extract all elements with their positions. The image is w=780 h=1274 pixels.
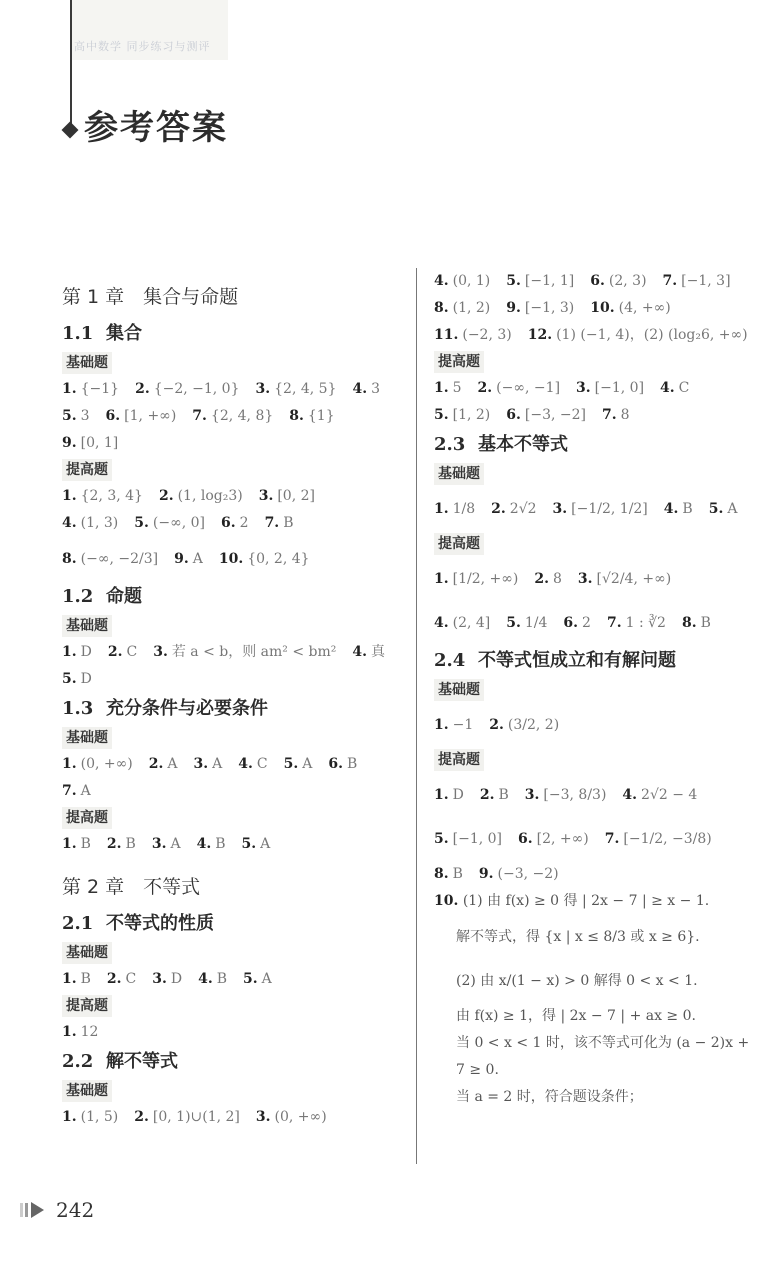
answer-item: 6.[−3, −2] [506, 407, 586, 423]
answer-value: (−∞, 0] [153, 515, 205, 531]
answer-value: (1, log₂3) [178, 488, 243, 504]
answer-value: B [215, 836, 225, 852]
answer-group: 1.{−1}2.{−2, −1, 0}3.{2, 4, 5}4.35.36.[1… [62, 376, 407, 457]
answer-line: 4.(1, 3)5.(−∞, 0]6.27.B [62, 510, 407, 537]
section-number: 2.1 [62, 908, 106, 940]
question-number: 4. [198, 971, 213, 987]
answer-item: 9.A [174, 551, 203, 567]
answer-value: (3/2, 2) [508, 717, 559, 733]
section-number: 1.3 [62, 693, 106, 725]
question-number: 1. [62, 971, 77, 987]
answer-value: 5 [453, 380, 462, 396]
answer-value: B [453, 866, 463, 882]
answer-line: 1.[1/2, +∞)2.83.[√2/4, +∞) [434, 557, 780, 601]
answer-group: 1.(1, 5)2.[0, 1)∪(1, 2]3.(0, +∞) [62, 1104, 407, 1131]
answer-item: 7.8 [602, 407, 630, 423]
question-number: 9. [174, 551, 189, 567]
section-name: 不等式的性质 [106, 913, 214, 934]
answer-item: 2.8 [534, 571, 562, 587]
answer-group: 1.B2.B3.A4.B5.A [62, 831, 407, 858]
answer-line: 1.(0, +∞)2.A3.A4.C5.A6.B [62, 751, 407, 778]
question-number: 2. [135, 381, 150, 397]
answer-item: 10.{0, 2, 4} [219, 551, 310, 567]
answer-value: A [262, 971, 272, 987]
answer-value: −1 [453, 717, 474, 733]
answer-value: [0, 2] [277, 488, 315, 504]
answer-value: [−1, 1] [525, 273, 574, 289]
answer-item: 1.[1/2, +∞) [434, 571, 518, 587]
answer-item: 3.A [194, 756, 223, 772]
answer-value: 1/8 [453, 501, 476, 517]
answer-item: 5.D [62, 671, 92, 687]
answer-line: 4.(2, 4]5.1/46.27.1 : ∛28.B [434, 601, 780, 645]
question-number: 1. [62, 488, 77, 504]
question-number: 2. [107, 836, 122, 852]
answer-value: B [682, 501, 692, 517]
answer-group: 1.(0, +∞)2.A3.A4.C5.A6.B7.A [62, 751, 407, 805]
answer-group: 1.12 [62, 1019, 407, 1046]
answer-item: 2.B [480, 787, 509, 803]
answer-item: 3.[0, 2] [259, 488, 315, 504]
answer-value: (−∞, −1] [496, 380, 560, 396]
question-number: 4. [664, 501, 679, 517]
question-number: 3. [578, 571, 593, 587]
answer-item: 4.(0, 1) [434, 273, 490, 289]
answer-item: 8.(−∞, −2/3] [62, 551, 158, 567]
answer-item: 1.D [62, 644, 92, 660]
answer-item: 10.(4, +∞) [590, 300, 670, 316]
question-number: 9. [479, 866, 494, 882]
answer-value: C [257, 756, 268, 772]
section-name: 不等式恒成立和有解问题 [478, 650, 676, 671]
question-number: 7. [663, 273, 678, 289]
answer-value: [0, 1] [81, 435, 119, 451]
answer-line: 8.B9.(−3, −2) [434, 861, 780, 888]
answer-value: (−∞, −2/3] [81, 551, 158, 567]
answer-value: [√2/4, +∞) [597, 571, 672, 587]
question-number: 8. [682, 615, 697, 631]
answer-value: 8 [553, 571, 562, 587]
section-number: 1.1 [62, 318, 106, 350]
answer-item: 1.B [62, 836, 91, 852]
answer-value: 1 : ∛2 [626, 615, 666, 631]
answer-line: 5.36.[1, +∞)7.{2, 4, 8}8.{1} [62, 403, 407, 430]
section-number: 2.4 [434, 645, 478, 677]
answer-group: 1.1/82.2√23.[−1/2, 1/2]4.B5.A [434, 487, 780, 531]
answer-item: 5.A [242, 836, 271, 852]
solution-line: 由 f(x) ≥ 1，得 | 2x − 7 | + ax ≥ 0. [434, 1003, 780, 1030]
question-number: 8. [62, 551, 77, 567]
answer-line: 1.−12.(3/2, 2) [434, 703, 780, 747]
answer-item: 5.A [243, 971, 272, 987]
advanced-label: 提高题 [62, 459, 112, 481]
question-number: 2. [107, 971, 122, 987]
question-number: 5. [62, 408, 77, 424]
answer-value: (−3, −2) [498, 866, 559, 882]
answer-item: 5.A [284, 756, 313, 772]
question-number: 6. [563, 615, 578, 631]
answer-value: B [283, 515, 293, 531]
answer-group: 1.52.(−∞, −1]3.[−1, 0]4.C5.[1, 2)6.[−3, … [434, 375, 780, 429]
answer-value: 2√2 − 4 [641, 787, 697, 803]
answer-item: 2.(3/2, 2) [489, 717, 559, 733]
answer-value: (1, 5) [81, 1109, 119, 1125]
answer-value: 1/4 [525, 615, 548, 631]
advanced-label: 提高题 [62, 807, 112, 829]
answer-group: 1.D2.C3.若 a < b，则 am² < bm²4.真5.D [62, 639, 407, 693]
question-number: 6. [518, 831, 533, 847]
answer-value: {2, 3, 4} [81, 488, 143, 504]
question-number: 3. [152, 836, 167, 852]
question-number: 4. [434, 273, 449, 289]
question-number: 7. [265, 515, 280, 531]
question-number: 3. [194, 756, 209, 772]
answer-value: [−1, 0] [453, 831, 502, 847]
answer-value: 2 [582, 615, 591, 631]
question-number: 1. [62, 381, 77, 397]
question-number: 5. [242, 836, 257, 852]
answer-item: 9.[0, 1] [62, 435, 118, 451]
question-number: 5. [434, 831, 449, 847]
question-number: 8. [434, 866, 449, 882]
answer-line: 7.A [62, 778, 407, 805]
left-column: 第 1 章 集合与命题 1.1集合 基础题 1.{−1}2.{−2, −1, 0… [62, 282, 407, 1131]
answer-value: 8 [621, 407, 630, 423]
answer-value: B [701, 615, 711, 631]
answer-value: (0, +∞) [81, 756, 133, 772]
answer-value: A [727, 501, 737, 517]
answer-value: [0, 1)∪(1, 2] [153, 1109, 240, 1125]
question-number: 7. [607, 615, 622, 631]
answer-value: B [217, 971, 227, 987]
question-number: 10. [590, 300, 614, 316]
solution-line: 当 0 < x < 1 时，该不等式可化为 (a − 2)x + [434, 1030, 780, 1057]
page-number: 242 [56, 1198, 94, 1222]
question-number: 2. [134, 1109, 149, 1125]
question-number: 7. [602, 407, 617, 423]
answer-item: 2.2√2 [491, 501, 536, 517]
answer-line: 1.D2.B3.[−3, 8/3)4.2√2 − 4 [434, 773, 780, 817]
answer-value: (0, 1) [453, 273, 491, 289]
answer-value: [1, +∞) [124, 408, 176, 424]
answer-item: 1.1/8 [434, 501, 475, 517]
answer-line: 8.(−∞, −2/3]9.A10.{0, 2, 4} [62, 537, 407, 581]
answer-value: A [167, 756, 177, 772]
question-number: 4. [622, 787, 637, 803]
answer-line: 1.1/82.2√23.[−1/2, 1/2]4.B5.A [434, 487, 780, 531]
chapter-2-title: 第 2 章 不等式 [62, 872, 407, 902]
question-number: 1. [434, 501, 449, 517]
question-number: 7. [62, 783, 77, 799]
question-number: 5. [506, 273, 521, 289]
question-number: 2. [489, 717, 504, 733]
question-number: 6. [328, 756, 343, 772]
solution-line: 10. (1) 由 f(x) ≥ 0 得 | 2x − 7 | ≥ x − 1. [434, 888, 780, 915]
answer-value: {2, 4, 5} [274, 381, 336, 397]
answer-item: 7.[−1, 3] [663, 273, 731, 289]
question-number: 5. [134, 515, 149, 531]
answer-item: 3.[−3, 8/3) [525, 787, 607, 803]
answer-line: 1.(1, 5)2.[0, 1)∪(1, 2]3.(0, +∞) [62, 1104, 407, 1131]
question-number: 3. [152, 971, 167, 987]
answer-item: 8.(1, 2) [434, 300, 490, 316]
question-number: 8. [434, 300, 449, 316]
answer-value: [1/2, +∞) [453, 571, 519, 587]
answer-value: [1, 2) [453, 407, 491, 423]
question-number: 7. [605, 831, 620, 847]
answer-line: 1.12 [62, 1019, 407, 1046]
answer-item: 3.(0, +∞) [256, 1109, 327, 1125]
answer-item: 5.[−1, 0] [434, 831, 502, 847]
page-footer: 242 [20, 1198, 94, 1222]
question-number: 1. [62, 836, 77, 852]
question-number: 3. [256, 381, 271, 397]
answer-item: 2.[0, 1)∪(1, 2] [134, 1109, 240, 1125]
question-number: 1. [62, 644, 77, 660]
question-number: 4. [352, 644, 367, 660]
answer-item: 5.A [709, 501, 738, 517]
answer-value: C [126, 644, 137, 660]
question-number: 3. [576, 380, 591, 396]
question-number: 6. [590, 273, 605, 289]
section-number: 2.2 [62, 1046, 106, 1078]
answer-value: A [193, 551, 203, 567]
question-number: 1. [434, 717, 449, 733]
question-number: 1. [434, 380, 449, 396]
answer-value: A [302, 756, 312, 772]
answer-item: 6.[2, +∞) [518, 831, 589, 847]
solution-line: 解不等式，得 {x | x ≤ 8/3 或 x ≥ 6}. [434, 915, 780, 959]
answer-line: 8.(1, 2)9.[−1, 3)10.(4, +∞) [434, 295, 780, 322]
solution-line: 当 a = 2 时，符合题设条件； [434, 1084, 780, 1111]
answer-line: 11.(−2, 3)12.(1) (−1, 4)，(2) (log₂6, +∞) [434, 322, 780, 349]
question-number: 6. [106, 408, 121, 424]
answer-value: {1} [308, 408, 335, 424]
section-1-3-title: 1.3充分条件与必要条件 [62, 693, 407, 725]
section-number: 2.3 [434, 429, 478, 461]
basic-label: 基础题 [62, 942, 112, 964]
answer-value: [−3, 8/3) [543, 787, 606, 803]
answer-item: 6.(2, 3) [590, 273, 646, 289]
answer-value: 2√2 [510, 501, 537, 517]
section-2-4-title: 2.4不等式恒成立和有解问题 [434, 645, 780, 677]
answer-value: C [679, 380, 690, 396]
answer-value: D [81, 644, 92, 660]
answer-group: 1.B2.C3.D4.B5.A [62, 966, 407, 993]
answer-item: 4.真 [352, 644, 385, 660]
answer-group: 1.−12.(3/2, 2) [434, 703, 780, 747]
question-number: 6. [506, 407, 521, 423]
answer-value: A [81, 783, 91, 799]
answer-value: (2, 3) [609, 273, 647, 289]
question-number: 2. [478, 380, 493, 396]
answer-item: 1.5 [434, 380, 462, 396]
answer-item: 7.A [62, 783, 91, 799]
answer-item: 5.[−1, 1] [506, 273, 574, 289]
answer-group: 4.(0, 1)5.[−1, 1]6.(2, 3)7.[−1, 3]8.(1, … [434, 268, 780, 349]
question-number: 9. [506, 300, 521, 316]
answer-item: 2.B [107, 836, 136, 852]
question-number: 3. [259, 488, 274, 504]
question-number: 5. [62, 671, 77, 687]
question-number: 11. [434, 327, 458, 343]
answer-item: 3.{2, 4, 5} [256, 381, 337, 397]
answer-item: 6.B [328, 756, 357, 772]
answer-item: 3.[−1, 0] [576, 380, 644, 396]
answer-value: [−1, 0] [595, 380, 644, 396]
answer-item: 2.C [107, 971, 136, 987]
question-number: 2. [534, 571, 549, 587]
answer-value: [−1, 3] [681, 273, 730, 289]
answer-value: [−1/2, 1/2] [571, 501, 648, 517]
question-number: 1. [62, 756, 77, 772]
question-number: 5. [243, 971, 258, 987]
question-number: 9. [62, 435, 77, 451]
answer-item: 4.B [664, 501, 693, 517]
answer-value: D [171, 971, 182, 987]
question-number: 4. [197, 836, 212, 852]
answer-value: C [126, 971, 137, 987]
section-name: 解不等式 [106, 1051, 178, 1072]
advanced-label: 提高题 [434, 749, 484, 771]
answer-value: (1) (−1, 4)，(2) (log₂6, +∞) [556, 327, 748, 343]
answer-item: 8.{1} [289, 408, 334, 424]
section-name: 基本不等式 [478, 434, 568, 455]
question-number: 7. [192, 408, 207, 424]
question-number: 12. [528, 327, 552, 343]
answer-item: 5.(−∞, 0] [134, 515, 205, 531]
answer-item: 2.C [108, 644, 137, 660]
section-1-1-title: 1.1集合 [62, 318, 407, 350]
answer-value: A [170, 836, 180, 852]
question-number: 2. [480, 787, 495, 803]
header-band-text: 高中数学 同步练习与测评 [74, 38, 211, 54]
answer-value: (1, 3) [81, 515, 119, 531]
question-number: 4. [352, 381, 367, 397]
solution-line: 7 ≥ 0. [434, 1057, 780, 1084]
answer-item: 2.{−2, −1, 0} [135, 381, 239, 397]
question-number: 10. [219, 551, 243, 567]
answer-item: 1.D [434, 787, 464, 803]
answer-item: 1.−1 [434, 717, 473, 733]
answer-value: B [126, 836, 136, 852]
answer-item: 3.A [152, 836, 181, 852]
question-number: 3. [256, 1109, 271, 1125]
answer-value: 3 [371, 381, 380, 397]
answer-item: 1.(0, +∞) [62, 756, 133, 772]
question-number: 2. [108, 644, 123, 660]
answer-value: 真 [371, 644, 385, 660]
answer-line: 1.{−1}2.{−2, −1, 0}3.{2, 4, 5}4.3 [62, 376, 407, 403]
answer-line: 4.(0, 1)5.[−1, 1]6.(2, 3)7.[−1, 3] [434, 268, 780, 295]
answer-item: 5.[1, 2) [434, 407, 490, 423]
section-2-3-title: 2.3基本不等式 [434, 429, 780, 461]
question-number: 5. [709, 501, 724, 517]
answer-value: B [81, 836, 91, 852]
answer-line: 5.[−1, 0]6.[2, +∞)7.[−1/2, −3/8) [434, 817, 780, 861]
solution-line: (2) 由 x/(1 − x) > 0 解得 0 < x < 1. [434, 959, 780, 1003]
question-number: 4. [660, 380, 675, 396]
answer-group: 1.D2.B3.[−3, 8/3)4.2√2 − 45.[−1, 0]6.[2,… [434, 773, 780, 888]
answer-value: D [453, 787, 464, 803]
section-name: 命题 [106, 586, 142, 607]
answer-item: 7.B [265, 515, 294, 531]
answer-item: 1.B [62, 971, 91, 987]
answer-item: 4.(2, 4] [434, 615, 490, 631]
answer-value: {2, 4, 8} [211, 408, 273, 424]
answer-line: 1.B2.B3.A4.B5.A [62, 831, 407, 858]
question-number: 6. [221, 515, 236, 531]
basic-label: 基础题 [62, 1080, 112, 1102]
answer-value: 3 [81, 408, 90, 424]
section-name: 集合 [106, 323, 142, 344]
question-number: 4. [434, 615, 449, 631]
answer-line: 1.52.(−∞, −1]3.[−1, 0]4.C [434, 375, 780, 402]
answer-item: 1.{2, 3, 4} [62, 488, 143, 504]
question-number: 5. [506, 615, 521, 631]
basic-label: 基础题 [62, 615, 112, 637]
question-number: 4. [62, 515, 77, 531]
question-number: 1. [62, 1024, 77, 1040]
advanced-label: 提高题 [434, 351, 484, 373]
section-2-2-title: 2.2解不等式 [62, 1046, 407, 1078]
answer-value: (1, 2) [453, 300, 491, 316]
answer-value: (4, +∞) [619, 300, 671, 316]
advanced-label: 提高题 [62, 995, 112, 1017]
question-number: 3. [153, 644, 168, 660]
chapter-1-title: 第 1 章 集合与命题 [62, 282, 407, 312]
answer-item: 9.[−1, 3) [506, 300, 574, 316]
answer-item: 1.{−1} [62, 381, 119, 397]
answer-value: {−1} [81, 381, 119, 397]
basic-label: 基础题 [434, 463, 484, 485]
answer-item: 2.A [149, 756, 178, 772]
question-number: 3. [525, 787, 540, 803]
answer-item: 3.[√2/4, +∞) [578, 571, 671, 587]
answer-value: [−1, 3) [525, 300, 574, 316]
section-number: 1.2 [62, 581, 106, 613]
answer-value: B [498, 787, 508, 803]
answer-value: (2, 4] [453, 615, 491, 631]
answer-value: [2, +∞) [537, 831, 589, 847]
answer-item: 6.[1, +∞) [106, 408, 177, 424]
question-number: 5. [434, 407, 449, 423]
page-title: 参考答案 [84, 100, 228, 149]
answer-item: 12.(1) (−1, 4)，(2) (log₂6, +∞) [528, 327, 748, 343]
question-number: 2. [149, 756, 164, 772]
question-number: 4. [238, 756, 253, 772]
advanced-label: 提高题 [434, 533, 484, 555]
triangle-icon [31, 1202, 44, 1218]
right-column: 4.(0, 1)5.[−1, 1]6.(2, 3)7.[−1, 3]8.(1, … [434, 268, 780, 1111]
page-arrow-icon [20, 1203, 28, 1217]
answer-value: A [260, 836, 270, 852]
solution-q10: 10. (1) 由 f(x) ≥ 0 得 | 2x − 7 | ≥ x − 1.… [434, 888, 780, 1111]
answer-line: 1.B2.C3.D4.B5.A [62, 966, 407, 993]
answer-item: 3.D [152, 971, 182, 987]
question-number: 2. [159, 488, 174, 504]
answer-item: 9.(−3, −2) [479, 866, 559, 882]
answer-item: 2.(−∞, −1] [478, 380, 560, 396]
answer-value: [−3, −2] [525, 407, 586, 423]
answer-item: 4.B [197, 836, 226, 852]
answer-value: B [347, 756, 357, 772]
answer-line: 9.[0, 1] [62, 430, 407, 457]
answer-item: 4.C [660, 380, 689, 396]
answer-item: 2.(1, log₂3) [159, 488, 243, 504]
answer-value: B [81, 971, 91, 987]
answer-item: 8.B [682, 615, 711, 631]
